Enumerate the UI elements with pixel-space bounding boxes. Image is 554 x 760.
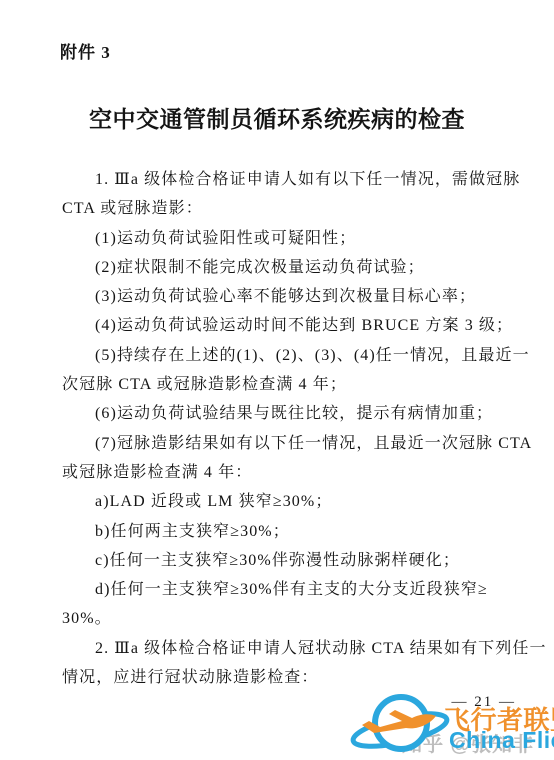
body-line: c)任何一主支狭窄≥30%伴弥漫性动脉粥样硬化；	[62, 546, 512, 575]
page-footer: — 21 — 知乎 @张知非 飞行者联盟 China Flier	[0, 688, 554, 760]
body-line: (3)运动负荷试验心率不能够达到次极量目标心率；	[62, 282, 512, 311]
body-line: 次冠脉 CTA 或冠脉造影检查满 4 年；	[62, 370, 512, 399]
body-line: 2. Ⅲa 级体检合格证申请人冠状动脉 CTA 结果如有下列任一	[62, 634, 512, 663]
body-line: (2)症状限制不能完成次极量运动负荷试验；	[62, 253, 512, 282]
body-line: CTA 或冠脉造影：	[62, 194, 512, 223]
body-line: (6)运动负荷试验结果与既往比较，提示有病情加重；	[62, 399, 512, 428]
document-body: 1. Ⅲa 级体检合格证申请人如有以下任一情况，需做冠脉 CTA 或冠脉造影： …	[62, 165, 512, 692]
body-line: b)任何两主支狭窄≥30%；	[62, 517, 512, 546]
body-line: (7)冠脉造影结果如有以下任一情况，且最近一次冠脉 CTA	[62, 429, 512, 458]
body-line: (5)持续存在上述的(1)、(2)、(3)、(4)任一情况，且最近一	[62, 341, 512, 370]
body-line: a)LAD 近段或 LM 狭窄≥30%；	[62, 487, 512, 516]
body-line: (1)运动负荷试验阳性或可疑阳性；	[62, 224, 512, 253]
attachment-label: 附件 3	[60, 38, 111, 63]
body-line: d)任何一主支狭窄≥30%伴有主支的大分支近段狭窄≥	[62, 575, 512, 604]
airplane-globe-icon	[350, 690, 450, 760]
body-line: 1. Ⅲa 级体检合格证申请人如有以下任一情况，需做冠脉	[62, 165, 512, 194]
body-line: 30%。	[62, 604, 512, 633]
document-page: 附件 3 空中交通管制员循环系统疾病的检查 1. Ⅲa 级体检合格证申请人如有以…	[0, 0, 554, 760]
body-line: (4)运动负荷试验运动时间不能达到 BRUCE 方案 3 级；	[62, 311, 512, 340]
body-line: 或冠脉造影检查满 4 年：	[62, 458, 512, 487]
page-title: 空中交通管制员循环系统疾病的检查	[0, 101, 554, 134]
brand-name-en: China Flier	[449, 727, 554, 754]
